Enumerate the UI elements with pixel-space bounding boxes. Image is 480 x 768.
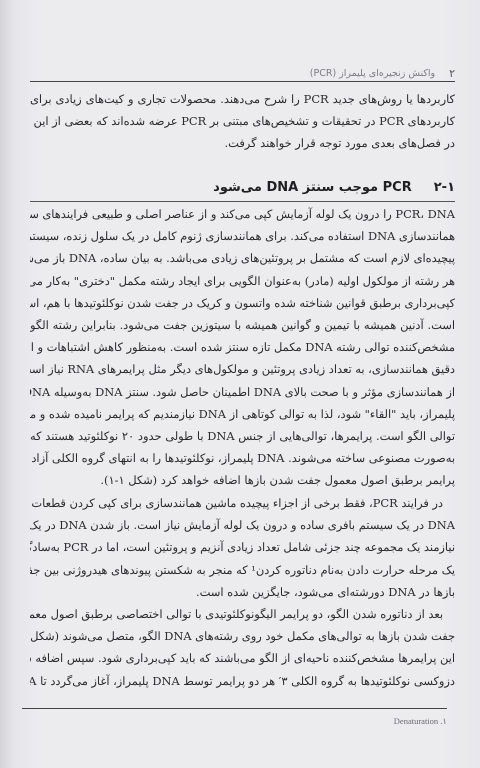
text-line: از همانندسازی مؤثر و با صحت بالای DNA اط… (30, 381, 455, 403)
section-number: ۲-۱ (434, 180, 455, 195)
text-line: این پرایمرها مشخص‌کننده ناحیه‌ای از الگو… (30, 647, 455, 669)
text-line: PCR، DNA را درون یک لوله آزمایش کپی می‌ک… (30, 203, 455, 225)
text-line: توالی الگو است. پرایمرها، توالی‌هایی از … (30, 425, 455, 447)
text-line: DNA در یک سیستم بافری ساده و درون یک لول… (30, 514, 455, 536)
text-line: در فرایند PCR، فقط برخی از اجزاء پیچیده … (30, 492, 455, 514)
intro-paragraph: کاربردها یا روش‌های جدید PCR را شرح می‌د… (30, 88, 455, 155)
text-line: همانندسازی DNA استفاده می‌کند. برای همان… (30, 225, 455, 247)
text-line: دقیق همانندسازی، به تعداد زیادی پروتئین … (30, 358, 455, 380)
heading-divider (30, 201, 455, 202)
text-line: نیازمند یک مجموعه چند جزئی شامل تعداد زی… (30, 536, 455, 558)
paragraph-3: بعد از دناتوره شدن الگو، دو پرایمر الیگو… (30, 603, 455, 692)
footnote-divider (22, 708, 447, 709)
running-title: واکنش زنجیره‌ای پلیمراز (PCR) (310, 68, 435, 79)
header-divider (30, 81, 455, 82)
text-line: کاربردهای PCR در تحقیقات و تشخیص‌های مبت… (30, 110, 455, 132)
text-line: بعد از دناتوره شدن الگو، دو پرایمر الیگو… (30, 603, 455, 625)
text-line: مشخص‌کننده توالی رشته DNA مکمل تازه سنتز… (30, 336, 455, 358)
text-line: کاربردها یا روش‌های جدید PCR را شرح می‌د… (30, 88, 455, 110)
text-line: بازها در DNA دورشته‌ای می‌شود، جایگزین ش… (30, 581, 455, 603)
text-line: پرایمر برطبق اصول معمول جفت شدن بازها اض… (30, 469, 455, 491)
paragraph-2: در فرایند PCR، فقط برخی از اجزاء پیچیده … (30, 492, 455, 603)
footnote: ۱. Denaturation (22, 716, 447, 727)
text-line: جفت شدن بازها به توالی‌های مکمل خود روی … (30, 625, 455, 647)
paragraph-1: PCR، DNA را درون یک لوله آزمایش کپی می‌ک… (30, 203, 455, 492)
text-line: پلیمراز، باید "القاء" شود، لذا به توالی … (30, 403, 455, 425)
text-line: کپی‌برداری برطبق قوانین شناخته شده واتسو… (30, 292, 455, 314)
text-line: به‌صورت مصنوعی ساخته می‌شوند. DNA پلیمرا… (30, 447, 455, 469)
page-number: ۲ (449, 67, 455, 80)
section-heading: ۲-۱ PCR موجب سنتز DNA می‌شود (30, 176, 455, 198)
running-header: ۲ واکنش زنجیره‌ای پلیمراز (PCR) (30, 64, 455, 82)
text-line: یک مرحله حرارت دادن به‌نام دناتوره کردن¹… (30, 559, 455, 581)
text-line: هر رشته از مولکول اولیه (مادر) به‌عنوان … (30, 270, 455, 292)
text-line: در فصل‌های بعدی مورد توجه قرار خواهند گر… (30, 132, 455, 154)
section-title: PCR موجب سنتز DNA می‌شود (213, 180, 412, 195)
text-line: پیچیده‌ای لازم است که مشتمل بر پروتئین‌ه… (30, 247, 455, 269)
book-page: ۲ واکنش زنجیره‌ای پلیمراز (PCR) کاربردها… (0, 0, 480, 768)
text-line: دزوکسی نوکلئوتیدها به گروه الکلی ۳′ هر د… (30, 670, 455, 692)
text-line: است. آدنین همیشه با تیمین و گوانین همیشه… (30, 314, 455, 336)
